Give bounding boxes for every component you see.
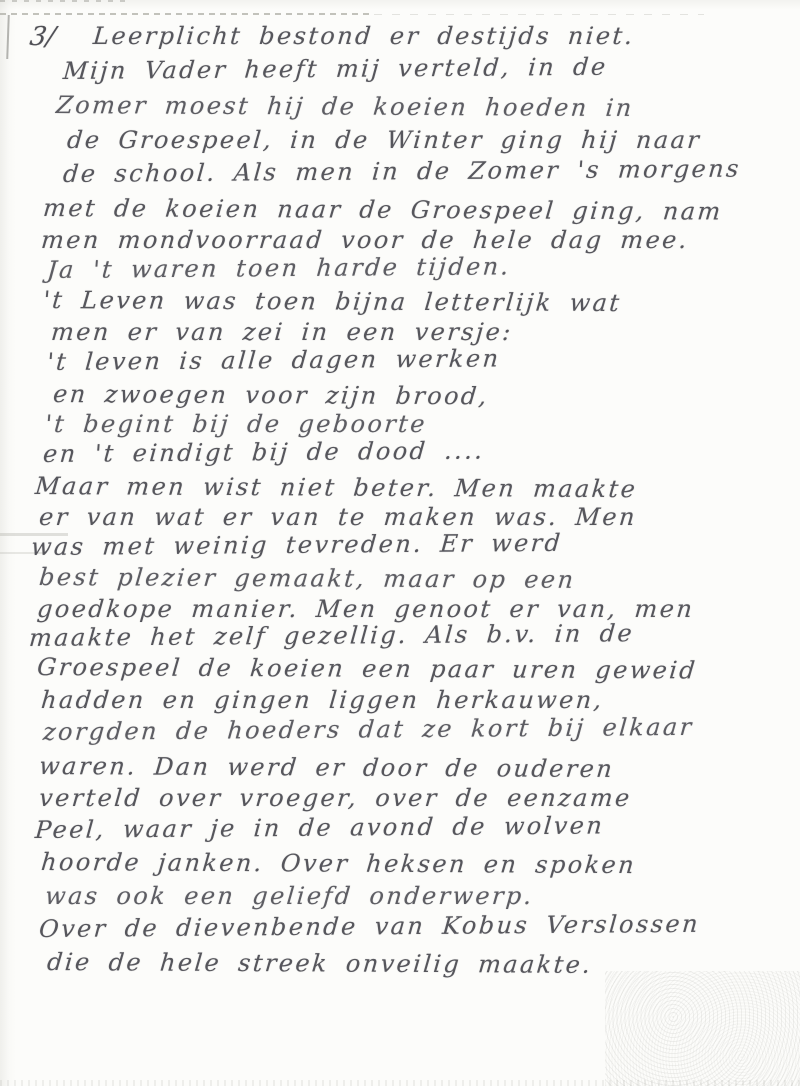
scan-artifact-dotted-line [0,13,374,15]
handwritten-line: was ook een geliefd onderwerp. [44,882,535,910]
handwritten-line: Zomer moest hij de koeien hoeden in [55,91,635,122]
scan-artifact-bottom-strip [0,1080,800,1086]
scanned-handwritten-page: 3/ Leerplicht bestond er destijds niet. … [0,0,800,1086]
handwritten-line: de school. Als men in de Zomer 's morgen… [62,155,742,188]
handwritten-line: men er van zei in een versje: [50,318,514,346]
handwritten-line: de Groespeel, in de Winter ging hij naar [66,126,702,154]
scan-artifact-left-tick [6,15,10,59]
handwritten-line: Over de dievenbende van Kobus Verslossen [38,910,701,943]
handwritten-line: waren. Dan werd er door de ouderen [38,752,615,783]
handwritten-line: die de hele streek onveilig maakte. [46,948,594,979]
handwritten-line: hoorde janken. Over heksen en spoken [40,848,637,879]
handwritten-line: maakte het zelf gezellig. Als b.v. in de [28,619,635,652]
handwritten-line verse-line: 't begint bij de geboorte [44,410,428,438]
handwritten-line: Peel, waar je in de avond de wolven [34,812,605,844]
handwritten-line: Ja 't waren toen harde tijden. [46,252,512,284]
handwritten-line: 't Leven was toen bijna letterlijk wat [42,286,623,317]
handwritten-line: best plezier gemaakt, maar op een [38,563,577,594]
page-number: 3/ [28,22,58,52]
scan-artifact-dotted-line-faint [374,14,704,15]
handwritten-line: Maar men wist niet beter. Men maakte [34,472,639,503]
handwritten-line: men mondvoorraad voor de hele dag mee. [40,226,690,254]
handwritten-line: er van wat er van te maken was. Men [38,503,638,531]
handwritten-line: verteld over vroeger, over de eenzame [38,784,633,812]
handwritten-line verse-line: en 't eindigt bij de dood .... [42,437,486,468]
handwritten-line: Leerplicht bestond er destijds niet. [92,22,636,50]
handwritten-line: Groespeel de koeien een paar uren geweid [36,653,698,684]
handwritten-line: hadden en gingen liggen herkauwen, [40,686,605,714]
handwritten-line: Mijn Vader heeft mij verteld, in de [62,53,609,85]
handwritten-line verse-line: en zwoegen voor zijn brood, [52,380,490,410]
scan-artifact-corner-noise [605,971,800,1086]
handwritten-line: was met weinig tevreden. Er werd [30,529,564,561]
scan-artifact-top-edge [0,0,130,2]
handwritten-line: met de koeien naar de Groespeel ging, na… [42,194,724,226]
handwritten-line: zorgden de hoeders dat ze kort bij elkaa… [42,713,695,746]
handwritten-line verse-line: 't leven is alle dagen werken [46,344,502,376]
